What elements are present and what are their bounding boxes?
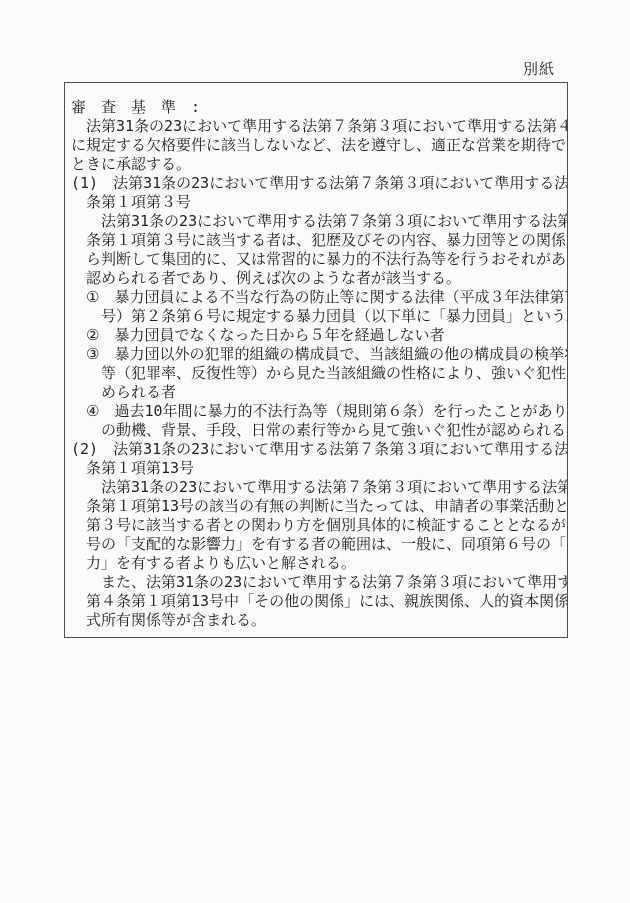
doc-line: (1) 法第31条の23において準用する法第７条第３項において準用する法第４ <box>71 174 563 193</box>
doc-line: 認められる者であり、例えば次のような者が該当する。 <box>71 269 563 288</box>
doc-line: められる者 <box>71 383 563 402</box>
doc-line: 式所有関係等が含まれる。 <box>71 611 563 630</box>
doc-title: 審 査 基 準 : <box>71 98 563 117</box>
doc-line: 法第31条の23において準用する法第７条第３項において準用する法第４ <box>71 212 563 231</box>
doc-line: 条第１項第13号の該当の有無の判断に当たっては、申請者の事業活動と同項 <box>71 497 563 516</box>
doc-line: 条第１項第13号 <box>71 459 563 478</box>
document-page: 別紙 審 査 基 準 : 法第31条の23において準用する法第７条第３項において… <box>0 0 630 903</box>
doc-line: 条第１項第３号に該当する者は、犯歴及びその内容、暴力団等との関係等か <box>71 231 563 250</box>
doc-line: 力」を有する者よりも広いと解される。 <box>71 554 563 573</box>
doc-line: 法第31条の23において準用する法第７条第３項において準用する法第４条 <box>71 117 563 136</box>
doc-line: に規定する欠格要件に該当しないなど、法を遵守し、適正な営業を期待できる <box>71 136 563 155</box>
doc-line: ら判断して集団的に、又は常習的に暴力的不法行為等を行うおそれがあると <box>71 250 563 269</box>
doc-line: ② 暴力団員でなくなった日から５年を経過しない者 <box>71 326 563 345</box>
doc-line: 第３号に該当する者との関わり方を個別具体的に検証することとなるが、本 <box>71 516 563 535</box>
doc-line: 号の「支配的な影響力」を有する者の範囲は、一般に、同項第６号の「支配 <box>71 535 563 554</box>
doc-line: 第４条第１項第13号中「その他の関係」には、親族関係、人的資本関係、株 <box>71 592 563 611</box>
doc-line: また、法第31条の23において準用する法第７条第３項において準用する法 <box>71 573 563 592</box>
doc-line: ときに承認する。 <box>71 155 563 174</box>
doc-line: 号）第２条第６号に規定する暴力団員（以下単に「暴力団員」という。） <box>71 307 563 326</box>
attachment-label: 別紙 <box>523 60 555 78</box>
doc-line: 法第31条の23において準用する法第７条第３項において準用する法第４ <box>71 478 563 497</box>
doc-line: の動機、背景、手段、日常の素行等から見て強いぐ犯性が認められる者 <box>71 421 563 440</box>
criteria-box: 審 査 基 準 : 法第31条の23において準用する法第７条第３項において準用す… <box>64 82 568 638</box>
doc-line: ① 暴力団員による不当な行為の防止等に関する法律（平成３年法律第77 <box>71 288 563 307</box>
doc-line: 条第１項第３号 <box>71 193 563 212</box>
doc-line: (2) 法第31条の23において準用する法第７条第３項において準用する法第４ <box>71 440 563 459</box>
doc-line: ③ 暴力団以外の犯罪的組織の構成員で、当該組織の他の構成員の検挙状況 <box>71 345 563 364</box>
doc-line: ④ 過去10年間に暴力的不法行為等（規則第６条）を行ったことがあり、そ <box>71 402 563 421</box>
doc-line: 等（犯罪率、反復性等）から見た当該組織の性格により、強いぐ犯性が認 <box>71 364 563 383</box>
